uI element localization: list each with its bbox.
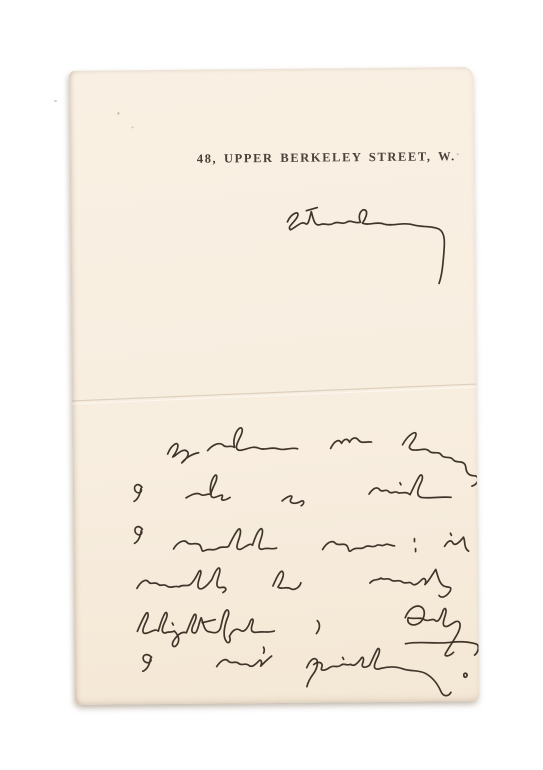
handwriting-line-4 (137, 566, 451, 600)
letter-sheet: 48, UPPER BERKELEY STREET, W. (69, 67, 479, 705)
handwriting-layer (69, 67, 479, 705)
handwriting-line-5 (137, 606, 478, 659)
handwriting-salutation (167, 426, 478, 489)
handwriting-line-6 (143, 645, 468, 698)
fold-crease (72, 384, 476, 404)
handwriting-date-saturday (287, 206, 444, 285)
dust-speck (54, 100, 57, 102)
handwriting-line-3 (134, 524, 468, 555)
only-underline-stroke (405, 642, 478, 656)
handwriting-line-2 (134, 473, 451, 508)
photo-background: 48, UPPER BERKELEY STREET, W. (0, 0, 543, 770)
paper-specks (117, 109, 459, 159)
